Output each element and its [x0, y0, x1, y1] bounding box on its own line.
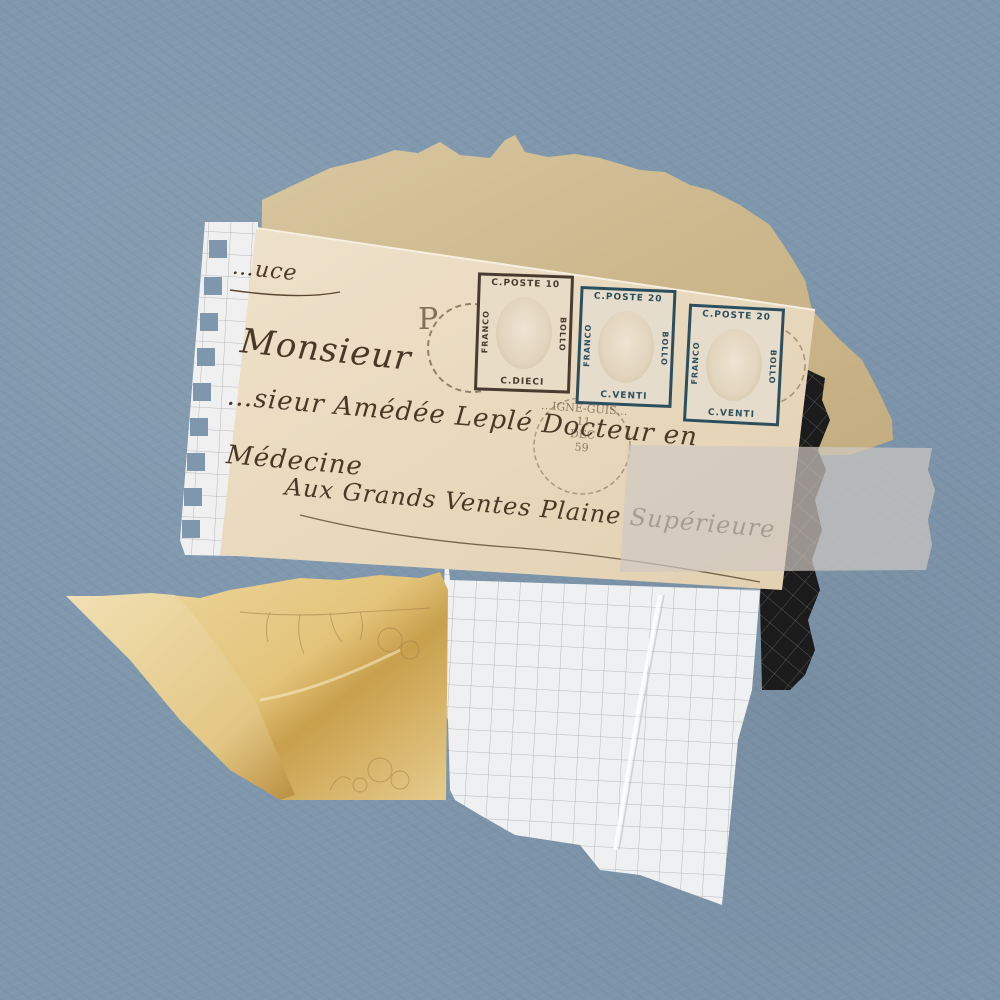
curled-yellow-paper: [0, 0, 1000, 1000]
